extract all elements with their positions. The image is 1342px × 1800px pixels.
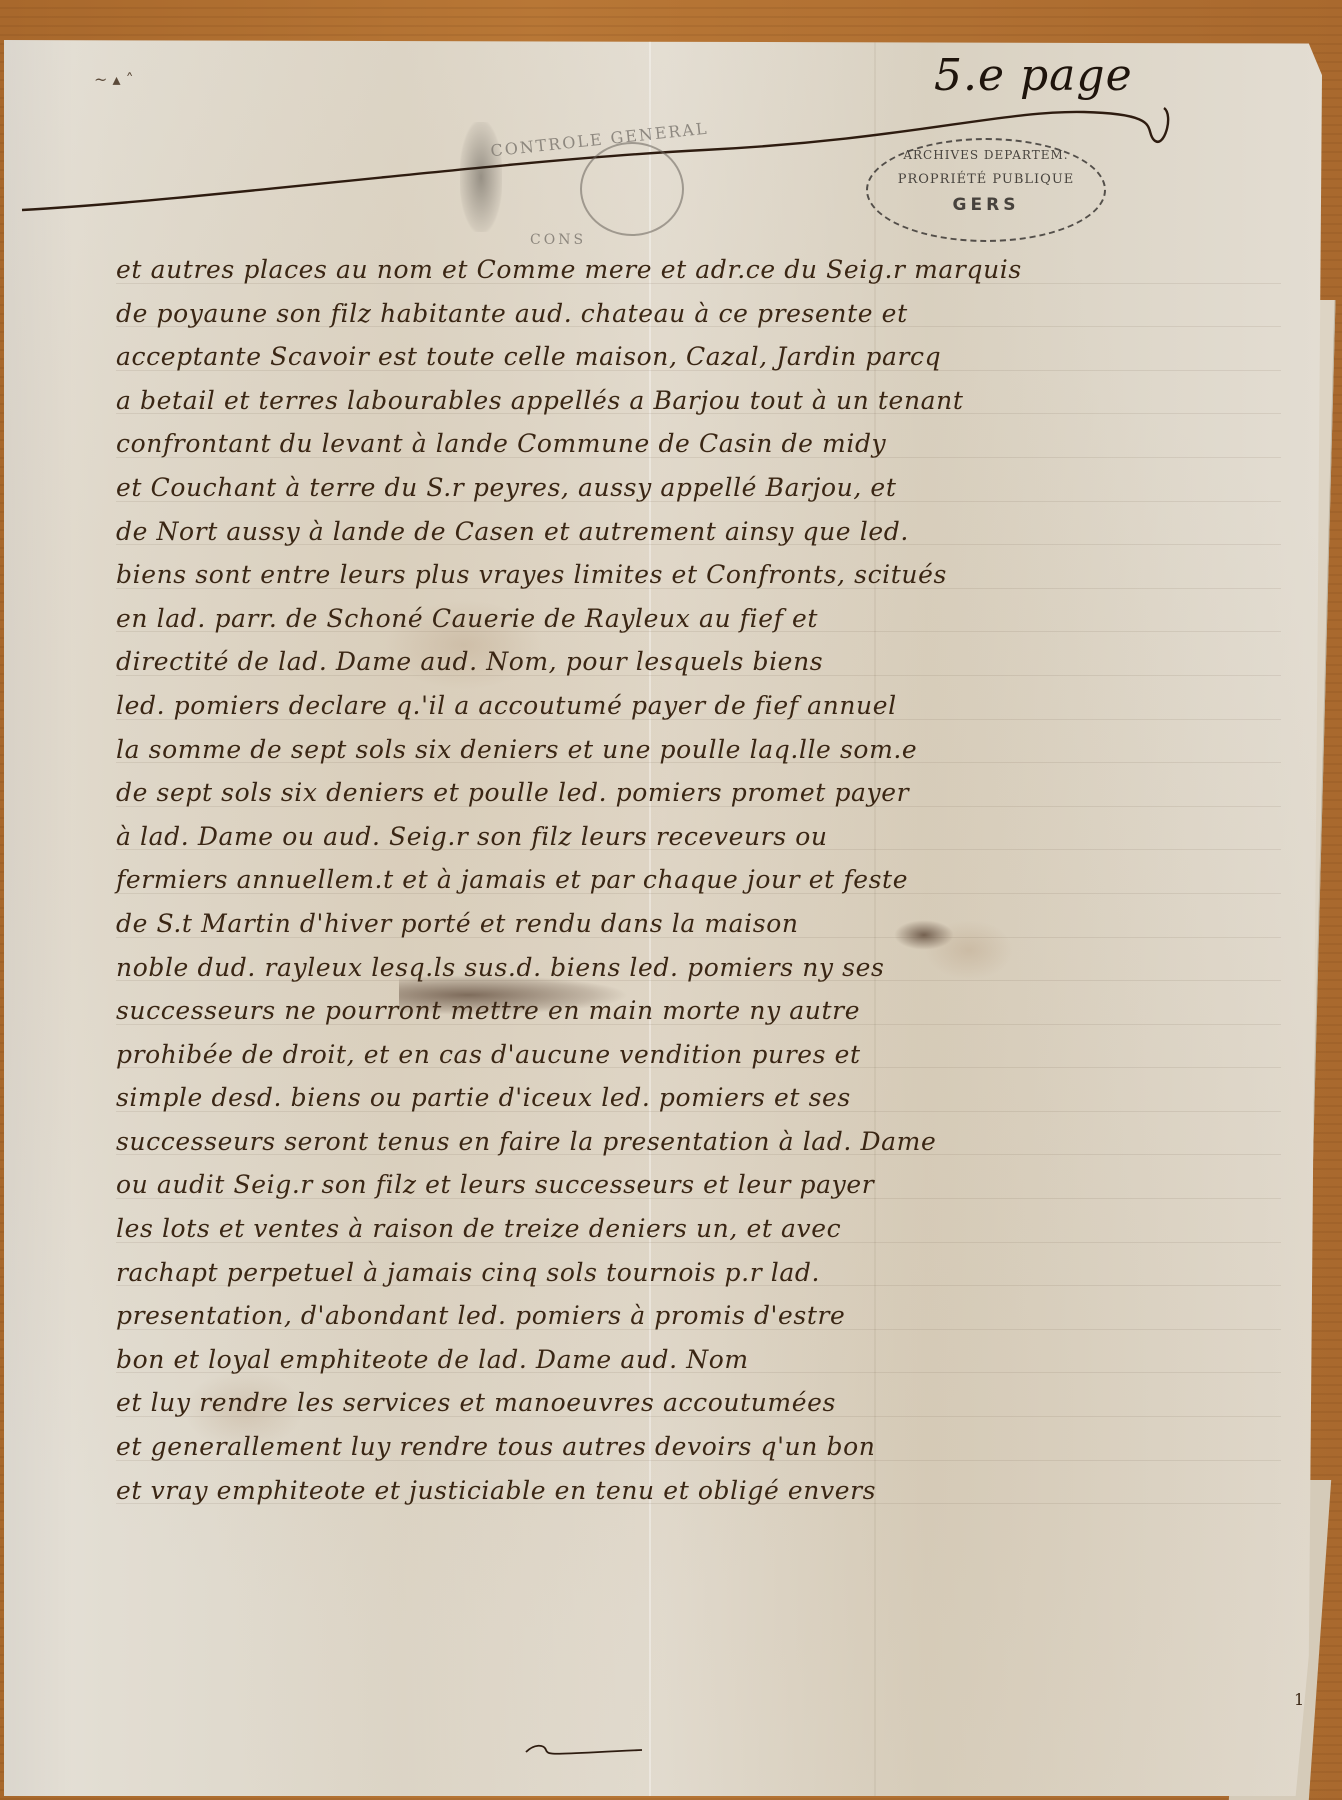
seal-ink-blot bbox=[460, 122, 502, 232]
text-line: simple desd. biens ou partie d'iceux led… bbox=[116, 1076, 1281, 1120]
archive-stamp-line1: ARCHIVES DEPARTEM. bbox=[868, 148, 1104, 162]
archive-stamp-line3: GERS bbox=[868, 195, 1104, 215]
manuscript-text: et autres places au nom et Comme mere et… bbox=[116, 248, 1281, 1512]
text-line: de Nort aussy à lande de Casen et autrem… bbox=[116, 510, 1281, 554]
text-line: biens sont entre leurs plus vrayes limit… bbox=[116, 553, 1281, 597]
paper-edge-shadow bbox=[4, 40, 74, 1796]
text-line: la somme de sept sols six deniers et une… bbox=[116, 728, 1281, 772]
fiscal-seal-stamp: CONTROLE GENERAL CONS bbox=[460, 102, 740, 262]
manuscript-page: ~ ▴ ˄ 5.e page CONTROLE GENERAL CONS ARC… bbox=[4, 40, 1322, 1796]
text-line: presentation, d'abondant led. pomiers à … bbox=[116, 1294, 1281, 1338]
text-line: en lad. parr. de Schoné Cauerie de Rayle… bbox=[116, 597, 1281, 641]
text-line: fermiers annuellem.t et à jamais et par … bbox=[116, 858, 1281, 902]
end-flourish bbox=[524, 1740, 644, 1760]
text-line: confrontant du levant à lande Commune de… bbox=[116, 422, 1281, 466]
text-line: de sept sols six deniers et poulle led. … bbox=[116, 771, 1281, 815]
text-line: à lad. Dame ou aud. Seig.r son filz leur… bbox=[116, 815, 1281, 859]
text-line: de poyaune son filz habitante aud. chate… bbox=[116, 292, 1281, 336]
text-line: a betail et terres labourables appellés … bbox=[116, 379, 1281, 423]
text-line: led. pomiers declare q.'il a accoutumé p… bbox=[116, 684, 1281, 728]
archive-stamp-line2: PROPRIÉTÉ PUBLIQUE bbox=[868, 172, 1104, 187]
text-line: ou audit Seig.r son filz et leurs succes… bbox=[116, 1163, 1281, 1207]
seal-ring bbox=[580, 142, 684, 236]
text-line: et Couchant à terre du S.r peyres, aussy… bbox=[116, 466, 1281, 510]
text-line: acceptante Scavoir est toute celle maiso… bbox=[116, 335, 1281, 379]
text-line: successeurs ne pourront mettre en main m… bbox=[116, 989, 1281, 1033]
archive-stamp: ARCHIVES DEPARTEM. PROPRIÉTÉ PUBLIQUE GE… bbox=[866, 138, 1106, 242]
text-line: les lots et ventes à raison de treize de… bbox=[116, 1207, 1281, 1251]
text-line: et generallement luy rendre tous autres … bbox=[116, 1425, 1281, 1469]
text-line: successeurs seront tenus en faire la pre… bbox=[116, 1120, 1281, 1164]
text-line: et vray emphiteote et justiciable en ten… bbox=[116, 1469, 1281, 1513]
text-line: de S.t Martin d'hiver porté et rendu dan… bbox=[116, 902, 1281, 946]
text-line: prohibée de droit, et en cas d'aucune ve… bbox=[116, 1033, 1281, 1077]
text-line: directité de lad. Dame aud. Nom, pour le… bbox=[116, 640, 1281, 684]
text-line: rachapt perpetuel à jamais cinq sols tou… bbox=[116, 1251, 1281, 1295]
text-line: et luy rendre les services et manoeuvres… bbox=[116, 1381, 1281, 1425]
text-line: noble dud. rayleux lesq.ls sus.d. biens … bbox=[116, 946, 1281, 990]
text-line: bon et loyal emphiteote de lad. Dame aud… bbox=[116, 1338, 1281, 1382]
margin-mark: 1 bbox=[1294, 1690, 1304, 1709]
text-line: et autres places au nom et Comme mere et… bbox=[116, 248, 1281, 292]
seal-bottom-text: CONS bbox=[530, 232, 586, 248]
